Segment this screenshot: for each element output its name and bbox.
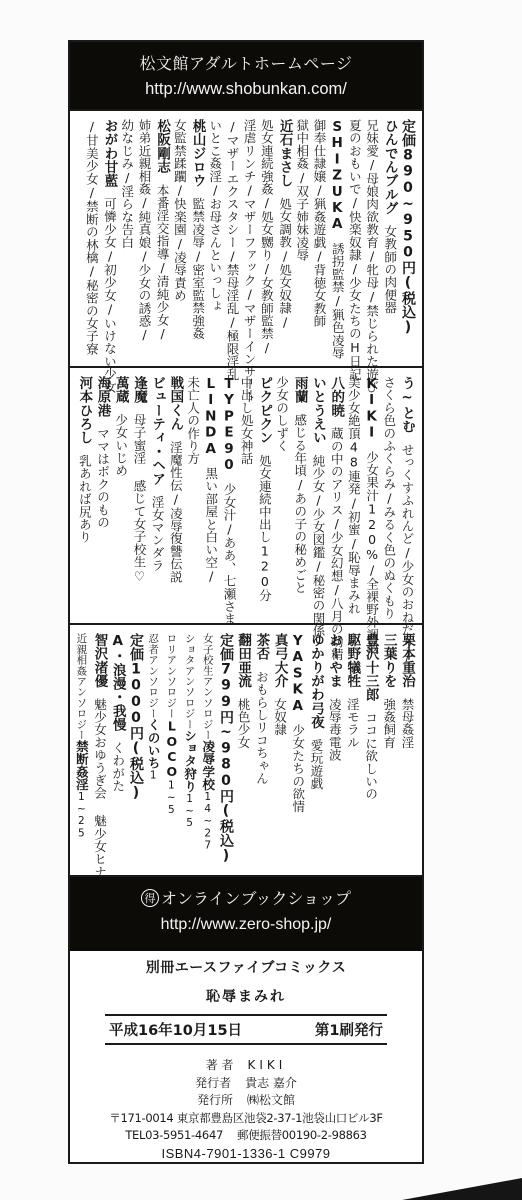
- anthology-title: 凌辱学校: [201, 740, 216, 791]
- anthology-title: 禁断姦淫: [74, 740, 89, 791]
- author-name: 戦国くん: [167, 376, 183, 431]
- work-titles: ココに欲しいの: [364, 712, 379, 801]
- catalog-entry: YASKA少女たちの欲情: [289, 633, 307, 869]
- catalog-entry: おーやま凌辱毒電波: [325, 633, 343, 869]
- catalog-entry: ビューティ・ヘア淫女マンダラ: [148, 376, 166, 619]
- work-titles-continued: 美少女絶頂48連発/初蜜/恥辱まみれ: [345, 376, 362, 619]
- work-titles: ママはボクのもの: [96, 427, 111, 529]
- work-titles: 可憐少女/初少女/いけない少女: [103, 198, 118, 394]
- anthology-label: ロリアンソロジー: [165, 633, 177, 719]
- author-name: ゆかりがわ弓夜: [308, 633, 324, 729]
- catalog-entry: TYPE90少女汁/ああ、七瀬さま: [220, 376, 238, 619]
- author-label: 著 者: [206, 1057, 234, 1075]
- work-titles: おもらしリコちゃん: [254, 670, 269, 784]
- work-titles: 淫モラル: [345, 698, 360, 749]
- series-name: 別冊エースファイブコミックス: [70, 957, 422, 977]
- volume-range: 14~27: [202, 791, 214, 852]
- colophon: 別冊エースファイブコミックス 恥辱まみれ 平成16年10月15日 第1刷発行 著…: [70, 949, 422, 1162]
- work-titles: くわがた: [111, 741, 126, 792]
- author-name: 松阪剛志: [154, 119, 170, 174]
- author-name: TYPE90: [221, 376, 237, 473]
- work-titles: 桃色少女: [236, 698, 251, 749]
- author-name: A・浪漫・我慢: [110, 633, 126, 731]
- homepage-title: 松文館アダルトホームページ: [70, 51, 422, 74]
- work-titles: 少女汁/ああ、七瀬さま: [222, 483, 237, 625]
- author-name: おがわ甘藍: [102, 119, 118, 188]
- author-name: いとうえい: [310, 376, 326, 445]
- publishing-house: ㈱松文館: [247, 1092, 295, 1110]
- anthology-entry: ショタアンソロジーショタ狩り1~5: [180, 633, 198, 869]
- author-name: 茶否: [253, 633, 269, 660]
- work-titles-continued: 兄妹愛/母娘肉欲教育/牝母/禁じられた遊び: [363, 119, 380, 362]
- catalog-entry: A・浪漫・我慢くわがた: [109, 633, 127, 869]
- price-line: 定価799円~980円(税込): [217, 633, 234, 869]
- work-titles-continued: 未亡人の作り方: [184, 376, 201, 619]
- author-name: 豊沢十三郎: [363, 633, 379, 702]
- work-titles: 処女連続中出し120分: [257, 455, 272, 602]
- author-name: YASKA: [290, 633, 306, 714]
- catalog-entry: 戦国くん淫魔性伝/凌辱復讐伝説: [166, 376, 184, 619]
- price-line: 定価890~950円(税込): [399, 119, 416, 362]
- work-titles: 黒い部屋と白い空/: [204, 467, 219, 584]
- work-titles: 女教師の肉便器: [383, 225, 398, 314]
- catalog-entry: 豊沢十三郎ココに欲しいの: [361, 633, 379, 869]
- author-name: おーやま: [326, 633, 342, 688]
- author-name: 逢魔: [131, 376, 147, 403]
- catalog-entry: 八的暁蔵の中のアリス/少女幻想/八月の幼精: [327, 376, 345, 619]
- anthology-title: ショタ狩り: [183, 729, 198, 793]
- author-name: 桃山ジロウ: [190, 119, 206, 188]
- address: 〒171-0014 東京都豊島区池袋2-37-1池袋山口ビル3F: [70, 1110, 422, 1128]
- catalog-entry: LINDA黒い部屋と白い空/: [202, 376, 220, 619]
- colophon-page: 松文館アダルトホームページ http://www.shobunkan.com/ …: [68, 40, 424, 1164]
- work-titles-continued: 幼なじみ/淫らな告白: [119, 119, 136, 362]
- catalog-entry: う~とむせっくすふれんど/少女のおねだり/: [398, 376, 416, 619]
- anthology-title: LOCO: [164, 719, 179, 780]
- publishing-house-row: 発行所 ㈱松文館: [70, 1092, 422, 1110]
- catalog-entry: SHIZUKA誘拐監禁/猟色凌辱: [328, 119, 346, 362]
- catalog-entry: 智沢渚優魅少女おゆうぎ会 魅少女ヒナ祭り: [90, 633, 108, 869]
- work-titles: 凌辱毒電波: [327, 698, 342, 762]
- publisher-homepage-banner: 松文館アダルトホームページ http://www.shobunkan.com/: [70, 42, 422, 110]
- price-line: 定価1000円(税込): [127, 633, 144, 869]
- work-titles: 感じる年頃/あの子の秘めごと: [293, 413, 308, 593]
- catalog-entry: KIKI少女果汁120%/全裸野外調教: [362, 376, 380, 619]
- author-name: 萬蔵: [113, 376, 129, 403]
- publication-date-row: 平成16年10月15日 第1刷発行: [105, 1014, 387, 1045]
- catalog-entry: 三葉りを強姦飼育: [380, 633, 398, 869]
- work-titles: 淫魔性伝/凌辱復讐伝説: [168, 441, 183, 583]
- author-name: 智沢渚優: [92, 633, 108, 688]
- author-name: 海原港: [95, 376, 111, 417]
- catalog-section-3: 栗本重治禁母姦淫三葉りを強姦飼育豊沢十三郎ココに欲しいの駆野犠牲淫モラルおーやま…: [70, 623, 422, 875]
- catalog-section-1: 定価890~950円(税込)ひんでんブルグ女教師の肉便器兄妹愛/母娘肉欲教育/牝…: [70, 109, 422, 368]
- author-name: 三葉りを: [381, 633, 397, 688]
- work-titles-continued: /甘美少女/禁断の林檎/秘密の女子寮: [83, 119, 100, 362]
- work-titles: 純少女/少女図鑑/秘密の関係: [311, 455, 326, 638]
- catalog-entry: ピクピクン処女連続中出し120分: [255, 376, 273, 619]
- catalog-entry: ひんでんブルグ女教師の肉便器: [381, 119, 399, 362]
- anthology-label: 近親相姦アンソロジー: [75, 633, 87, 740]
- shop-title: オンラインブックショップ: [161, 886, 351, 909]
- work-titles-continued: 処女連続強姦/処女嬲り/女教師監禁/: [258, 119, 275, 362]
- work-titles: 淫女マンダラ: [150, 496, 165, 572]
- work-titles: 少女たちの欲情: [291, 724, 306, 813]
- work-titles: 母子蜜淫 感じて女子校生♡: [132, 413, 147, 583]
- catalog-entry: 河本ひろし乳あれば尻あり: [75, 376, 93, 619]
- work-titles-continued: 淫虐リンチ/マザーファック/マザーインサート: [241, 119, 258, 362]
- publishing-house-label: 発行所: [197, 1092, 233, 1110]
- anthology-entry: 忍者アンソロジーくのいち1: [144, 633, 162, 869]
- catalog-section-2: う~とむせっくすふれんど/少女のおねだり/さくら色のふくらみ/みるく色のぬくもり…: [70, 366, 422, 625]
- volume-range: 1: [147, 769, 159, 781]
- work-titles-continued: 中出し処女神話: [238, 376, 255, 619]
- author-name: ひんでんブルグ: [382, 119, 398, 215]
- author-name: ピクピクン: [256, 376, 272, 445]
- anthology-title: くのいち: [146, 719, 161, 770]
- online-shop-banner: 得 オンラインブックショップ http://www.zero-shop.jp/: [70, 875, 422, 951]
- work-titles: 魅少女おゆうぎ会 魅少女ヒナ祭り: [93, 698, 108, 904]
- telephone: TEL03-5951-4647: [125, 1127, 223, 1145]
- work-titles-continued: 御奉仕隷嬢/猟姦遊戯/背徳女教師: [311, 119, 328, 362]
- author-name: 近石まさし: [277, 119, 293, 188]
- catalog-entry: 桃山ジロウ監禁凌辱/密室監禁強姦: [188, 119, 206, 362]
- edition: 第1刷発行: [315, 1019, 383, 1040]
- author-name: KIKI: [364, 376, 380, 441]
- author-name: SHIZUKA: [329, 119, 345, 232]
- work-titles-continued: 少女のしずく: [273, 376, 290, 619]
- catalog-entry: 松阪剛志本番淫交指導/清純少女/: [153, 119, 171, 362]
- volume-range: 1~25: [75, 791, 87, 840]
- work-titles: 女奴隷: [273, 698, 288, 736]
- catalog-entry: 逢魔母子蜜淫 感じて女子校生♡: [130, 376, 148, 619]
- author-name: 駆野犠牲: [344, 633, 360, 688]
- volume-range: 1~5: [184, 793, 196, 830]
- catalog-entry: 雨蘭感じる年頃/あの子の秘めごと: [291, 376, 309, 619]
- catalog-entry: おがわ甘藍可憐少女/初少女/いけない少女: [100, 119, 118, 362]
- work-titles: 少女いじめ: [114, 413, 129, 477]
- book-title: 恥辱まみれ: [70, 986, 422, 1006]
- toku-circle-icon: 得: [141, 889, 159, 907]
- work-titles-continued: 女監禁蹂躙/快楽園/凌辱責め: [171, 119, 188, 362]
- shop-url[interactable]: http://www.zero-shop.jp/: [70, 916, 422, 934]
- publisher-row: 発行者 貴志 嘉介: [70, 1075, 422, 1093]
- work-titles: 乳あれば尻あり: [77, 455, 92, 544]
- author-name: 翻田亜流: [235, 633, 251, 688]
- postal-transfer: 郵便振替00190-2-98863: [237, 1127, 367, 1145]
- author-row: 著 者 KIKI: [70, 1057, 422, 1075]
- author-name: KIKI: [248, 1057, 287, 1075]
- publisher-label: 発行者: [195, 1075, 231, 1093]
- work-titles: 誘拐監禁/猟色凌辱: [330, 242, 345, 359]
- publisher-name: 貴志 嘉介: [245, 1075, 297, 1093]
- catalog-entry: 萬蔵少女いじめ: [112, 376, 130, 619]
- work-titles: 処女調教/処女奴隷/: [278, 198, 293, 330]
- work-titles-continued: /マザーエクスタシー/禁母淫乱/極限淫乱: [224, 119, 241, 362]
- work-titles: 愛玩遊戯: [309, 739, 324, 790]
- anthology-label: ショタアンソロジー: [184, 633, 196, 729]
- catalog-entry: いとうえい純少女/少女図鑑/秘密の関係: [309, 376, 327, 619]
- work-titles-continued: 獄中相姦/双子姉妹凌辱: [294, 119, 311, 362]
- work-titles: 本番淫交指導/清純少女/: [155, 184, 170, 341]
- work-titles-continued: 夏のおもいで/快楽奴隷/少女たちのH日記: [346, 119, 363, 362]
- anthology-entry: 女子校生アンソロジー凌辱学校14~27: [199, 633, 217, 869]
- author-name: 栗本重治: [399, 633, 415, 688]
- author-name: 八的暁: [328, 376, 344, 417]
- catalog-entry: 近石まさし処女調教/処女奴隷/: [275, 119, 293, 362]
- anthology-label: 忍者アンソロジー: [147, 633, 159, 719]
- catalog-entry: 海原港ママはボクのもの: [93, 376, 111, 619]
- catalog-entry: 真弓大介女奴隷: [270, 633, 288, 869]
- author-name: 真弓大介: [272, 633, 288, 688]
- credits: 著 者 KIKI 発行者 貴志 嘉介 発行所 ㈱松文館 〒171-0014 東京…: [70, 1057, 422, 1162]
- homepage-url[interactable]: http://www.shobunkan.com/: [70, 80, 422, 99]
- work-titles: 強姦飼育: [382, 698, 397, 749]
- work-titles-continued: さくら色のふくらみ/みるく色のぬくもり: [381, 376, 398, 619]
- catalog-entry: 駆野犠牲淫モラル: [343, 633, 361, 869]
- author-name: 河本ひろし: [76, 376, 92, 445]
- catalog-entry: ゆかりがわ弓夜愛玩遊戯: [307, 633, 325, 869]
- author-name: 雨蘭: [292, 376, 308, 403]
- anthology-entry: ロリアンソロジーLOCO1~5: [162, 633, 180, 869]
- work-titles: 監禁凌辱/密室監禁強姦: [191, 198, 206, 340]
- catalog-entry: 翻田亜流桃色少女: [234, 633, 252, 869]
- page-corner-shadow: [402, 1178, 522, 1200]
- work-titles-continued: いとこ姦淫/お母さんといっしょ: [207, 119, 224, 362]
- isbn: ISBN4-7901-1336-1 C9979: [70, 1145, 422, 1163]
- author-name: ビューティ・ヘア: [149, 376, 165, 486]
- volume-range: 1~5: [165, 779, 177, 816]
- contact-row: TEL03-5951-4647 郵便振替00190-2-98863: [70, 1127, 422, 1145]
- catalog-entry: 茶否おもらしリコちゃん: [252, 633, 270, 869]
- catalog-entry: 栗本重治禁母姦淫: [398, 633, 416, 869]
- author-name: う~とむ: [399, 376, 415, 433]
- author-name: LINDA: [203, 376, 219, 457]
- anthology-entry: 近親相姦アンソロジー禁断姦淫1~25: [72, 633, 90, 869]
- anthology-label: 女子校生アンソロジー: [202, 633, 214, 740]
- publication-date: 平成16年10月15日: [109, 1019, 242, 1040]
- work-titles: 禁母姦淫: [400, 698, 415, 749]
- work-titles-continued: 姉弟近親相姦/純真娘/少女の誘惑/: [136, 119, 153, 362]
